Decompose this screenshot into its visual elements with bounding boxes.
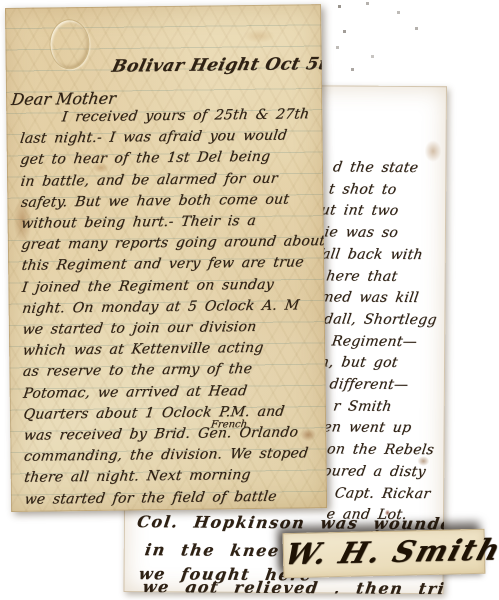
handwritten-line: Capt. Rickar (333, 483, 447, 506)
handwritten-line: med was kill (318, 288, 447, 311)
handwritten-line: dall, Shortlegg (322, 309, 447, 332)
embossed-seal (49, 19, 90, 69)
handwritten-line: fall back with (315, 244, 447, 268)
letter-page-1: Bolivar Height Oct 5th 1862, Dear Mother… (5, 4, 327, 512)
handwritten-line: t shot to (327, 179, 447, 202)
handwritten-line: Regiment— (330, 331, 447, 354)
inserted-word: French (210, 414, 249, 436)
handwritten-text: was received by Brid. Gen. Orlando (23, 424, 299, 443)
handwritten-line: ie was so (323, 223, 447, 246)
signature-text: W. H. Smith (281, 532, 499, 571)
handwritten-line: different— (328, 374, 447, 397)
letter-photograph: d the state t shot to ut int two ie was … (0, 0, 499, 600)
handwritten-line: on the Rebels (325, 440, 447, 463)
handwritten-line: we got relieved , then tried (141, 577, 447, 594)
handwritten-line: we started for the field of battle (23, 486, 326, 511)
handwritten-line: d the state (331, 157, 447, 180)
handwritten-line: oured a disty (321, 461, 447, 484)
handwritten-line: in the knee (144, 540, 282, 560)
dust-specks (0, 0, 1, 1)
stain (243, 29, 275, 43)
letter-body: I received yours of 25th & 27th last nig… (18, 104, 323, 510)
handwritten-line: r Smith (332, 396, 447, 419)
letter-dateline: Bolivar Height Oct 5th 1862, (110, 53, 327, 77)
page2-right-fragment: d the state t shot to ut int two ie was … (315, 157, 447, 528)
handwritten-line: n, but got (318, 353, 447, 376)
handwritten-line: here that (325, 266, 447, 289)
signature-overlay: W. H. Smith (283, 529, 486, 579)
handwritten-line: en went up (322, 418, 447, 441)
handwritten-line: ut int two (319, 201, 447, 224)
